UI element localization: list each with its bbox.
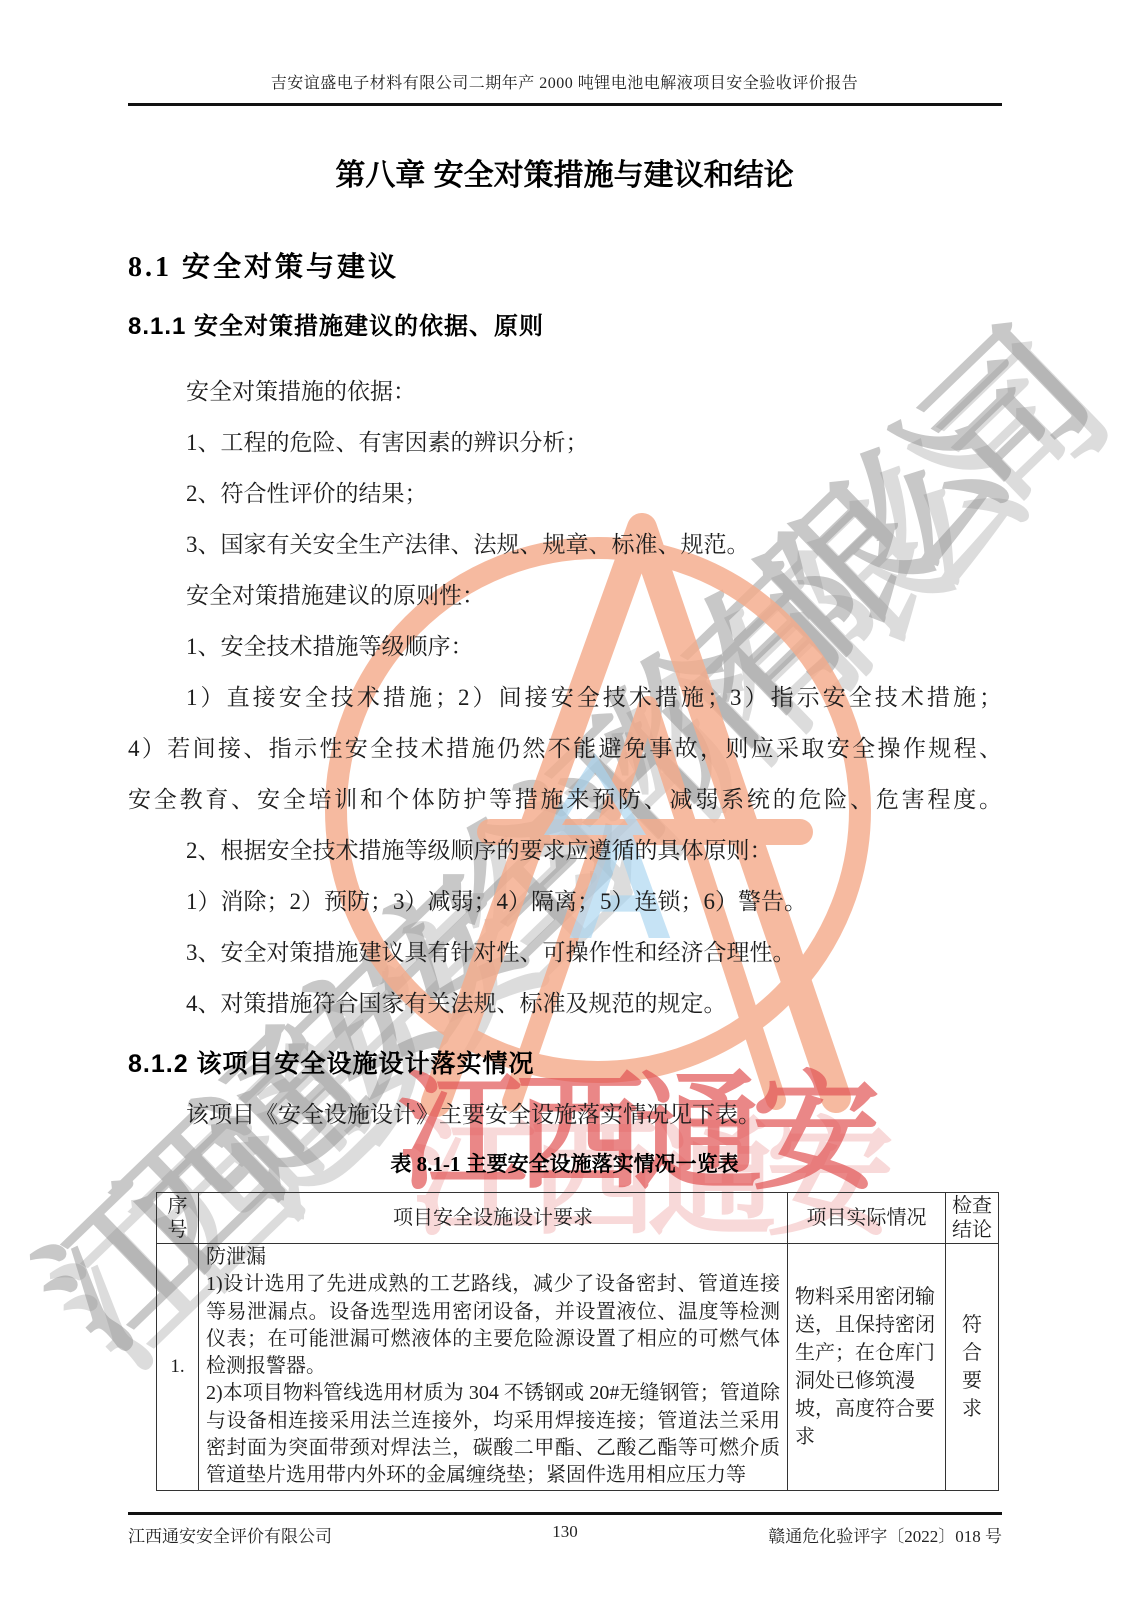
requirement-item-1: 1)设计选用了先进成熟的工艺路线，减少了设备密封、管道连接等易泄漏点。设备选型选…: [206, 1271, 780, 1380]
body-line: 1）消除；2）预防；3）减弱；4）隔离；5）连锁；6）警告。: [128, 876, 1002, 927]
table-intro-line: 该项目《安全设施设计》主要安全设施落实情况见下表。: [186, 1096, 761, 1129]
cell-design-requirement: 防泄漏 1)设计选用了先进成熟的工艺路线，减少了设备密封、管道连接等易泄漏点。设…: [199, 1244, 788, 1491]
requirement-item-2: 2)本项目物料管线选用材质为 304 不锈钢或 20#无缝钢管；管道除与设备相连…: [206, 1380, 780, 1489]
column-header-requirement: 项目安全设施设计要求: [199, 1193, 788, 1244]
body-line: 3、国家有关安全生产法律、法规、规章、标准、规范。: [128, 519, 1002, 570]
footer-rule: [128, 1512, 1002, 1515]
document-page: 江西通安安全评价有限公司 江西通安安全评价有限公司 A 江西通安 江西通安 吉安…: [0, 0, 1129, 1600]
section-heading-8-1-1: 8.1.1 安全对策措施建议的依据、原则: [128, 306, 544, 341]
table-row: 1. 防泄漏 1)设计选用了先进成熟的工艺路线，减少了设备密封、管道连接等易泄漏…: [157, 1244, 999, 1491]
header-rule: [128, 103, 1002, 106]
table-header-row: 序号 项目安全设施设计要求 项目实际情况 检查结论: [157, 1193, 999, 1244]
section-heading-8-1-2: 8.1.2 该项目安全设施设计落实情况: [128, 1044, 535, 1080]
cell-check-conclusion: 符合要求: [946, 1244, 999, 1491]
body-line: 1、安全技术措施等级顺序：: [128, 621, 1002, 672]
table-caption: 表 8.1-1 主要安全设施落实情况一览表: [0, 1148, 1129, 1178]
body-line: 4）若间接、指示性安全技术措施仍然不能避免事故，则应采取安全操作规程、: [128, 723, 1002, 774]
body-line: 3、安全对策措施建议具有针对性、可操作性和经济合理性。: [128, 927, 1002, 978]
cell-actual-situation: 物料采用密闭输送，且保持密闭生产；在仓库门洞处已修筑漫坡，高度符合要求: [788, 1244, 946, 1491]
body-line: 4、对策措施符合国家有关法规、标准及规范的规定。: [128, 978, 1002, 1029]
column-header-conclusion: 检查结论: [946, 1193, 999, 1244]
body-line: 安全对策措施建议的原则性：: [128, 570, 1002, 621]
page-content: 吉安谊盛电子材料有限公司二期年产 2000 吨锂电池电解液项目安全验收评价报告 …: [0, 0, 1129, 1600]
footer-doc-number: 赣通危化验评字〔2022〕018 号: [768, 1522, 1002, 1547]
body-line: 2、根据安全技术措施等级顺序的要求应遵循的具体原则：: [128, 825, 1002, 876]
safety-facilities-table: 序号 项目安全设施设计要求 项目实际情况 检查结论 1. 防泄漏 1)设计选用了…: [156, 1192, 999, 1491]
body-line: 安全对策措施的依据：: [128, 366, 1002, 417]
page-header-title: 吉安谊盛电子材料有限公司二期年产 2000 吨锂电池电解液项目安全验收评价报告: [0, 70, 1129, 93]
column-header-no: 序号: [157, 1193, 199, 1244]
cell-row-number: 1.: [157, 1244, 199, 1491]
requirement-title: 防泄漏: [206, 1244, 780, 1271]
chapter-title: 第八章 安全对策措施与建议和结论: [0, 150, 1129, 194]
body-line: 安全教育、安全培训和个体防护等措施来预防、减弱系统的危险、危害程度。: [128, 774, 1002, 825]
column-header-actual: 项目实际情况: [788, 1193, 946, 1244]
body-line: 1、工程的危险、有害因素的辨识分析；: [128, 417, 1002, 468]
body-paragraphs: 安全对策措施的依据： 1、工程的危险、有害因素的辨识分析； 2、符合性评价的结果…: [128, 366, 1002, 1029]
footer-company: 江西通安安全评价有限公司: [128, 1522, 332, 1547]
body-line: 2、符合性评价的结果；: [128, 468, 1002, 519]
section-heading-8-1: 8.1 安全对策与建议: [128, 245, 399, 285]
body-line: 1）直接安全技术措施；2）间接安全技术措施；3）指示安全技术措施；: [128, 672, 1002, 723]
